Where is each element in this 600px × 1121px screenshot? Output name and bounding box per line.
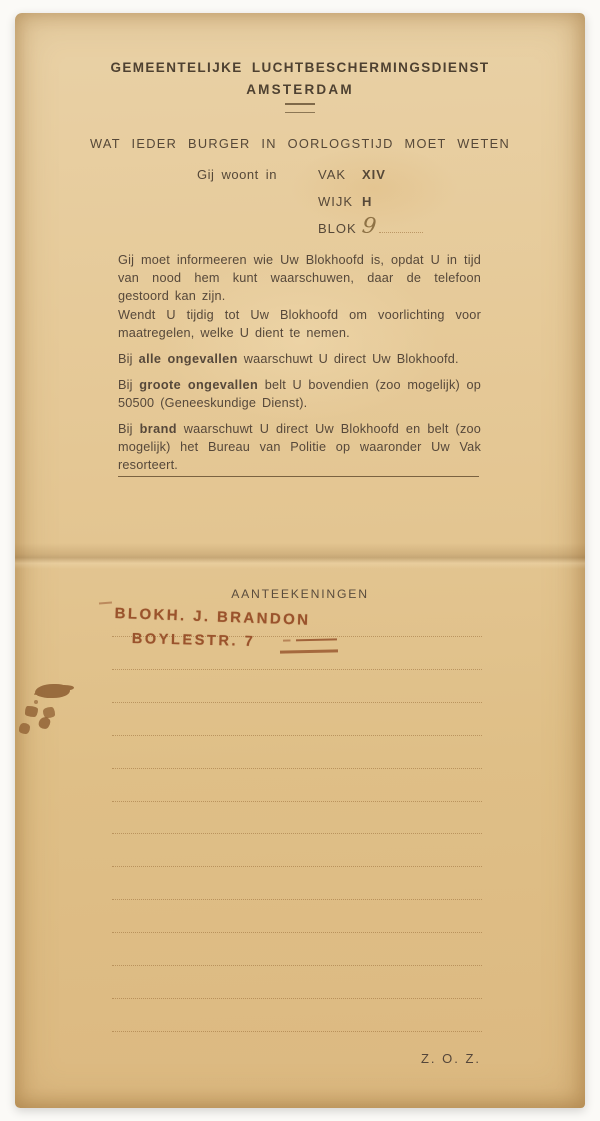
paragraph: Bij alle ongevallen waarschuwt U direct … xyxy=(118,350,481,368)
note-ruled-line xyxy=(112,1031,482,1032)
double-rule-ornament xyxy=(285,103,315,113)
paragraph-bold-text: alle ongevallen xyxy=(139,352,238,366)
paragraph-text: Bij xyxy=(118,352,139,366)
handwritten-value: 9 xyxy=(359,214,379,240)
paragraph: Gij moet informeeren wie Uw Blokhoofd is… xyxy=(118,251,481,305)
note-ruled-line xyxy=(112,965,482,966)
paper-stain xyxy=(25,706,38,717)
stamp-underline-mark-bottom xyxy=(280,649,338,653)
turn-over-note: Z. O. Z. xyxy=(421,1051,481,1066)
paragraph-text: Bij xyxy=(118,422,140,436)
note-ruled-line xyxy=(112,932,482,933)
stamp-name: BLOKH. J. BRANDON xyxy=(114,605,310,629)
paper-stain xyxy=(35,684,70,698)
paragraph-text: Wendt U tijdig tot Uw Blokhoofd om voorl… xyxy=(118,308,481,340)
residence-value-cell: 9 xyxy=(360,215,423,242)
paragraph: Wendt U tijdig tot Uw Blokhoofd om voorl… xyxy=(118,306,481,342)
paragraph-text: Gij moet informeeren wie Uw Blokhoofd is… xyxy=(118,253,481,303)
note-ruled-line xyxy=(112,833,482,834)
note-ruled-line xyxy=(112,702,482,703)
note-ruled-line xyxy=(112,768,482,769)
header-city: AMSTERDAM xyxy=(15,82,585,97)
paragraph-text: waarschuwt U direct Uw Blokhoofd. xyxy=(238,352,459,366)
residence-label: WIJK xyxy=(318,188,360,215)
paper-stain xyxy=(19,723,30,734)
residence-intro: Gij woont in xyxy=(197,161,318,188)
note-ruled-line xyxy=(112,998,482,999)
paragraph-text: Bij xyxy=(118,378,139,392)
paragraph: Bij brand waarschuwt U direct Uw Blokhoo… xyxy=(118,420,481,474)
note-ruled-line xyxy=(112,899,482,900)
paragraph-bold-text: groote ongevallen xyxy=(139,378,258,392)
blokhoofd-stamp: BLOKH. J. BRANDON BOYLESTR. 7 xyxy=(115,605,311,647)
stamp-smudge-mark xyxy=(99,602,112,605)
paragraph: Bij groote ongevallen belt U bovendien (… xyxy=(118,376,481,412)
paragraph-bold-text: brand xyxy=(140,422,177,436)
fill-in-dotted-line xyxy=(379,219,423,233)
residence-intro xyxy=(197,215,318,242)
body-paragraphs: Gij moet informeeren wie Uw Blokhoofd is… xyxy=(118,251,481,474)
notes-heading: AANTEEKENINGEN xyxy=(15,587,585,601)
paper-stain xyxy=(34,700,38,704)
document-sheet: GEMEENTELIJKE LUCHTBESCHERMINGSDIENST AM… xyxy=(15,13,585,1108)
photo-background: GEMEENTELIJKE LUCHTBESCHERMINGSDIENST AM… xyxy=(0,0,600,1121)
note-ruled-line xyxy=(112,801,482,802)
section-divider-rule xyxy=(118,476,479,477)
printed-value: H xyxy=(360,194,372,209)
note-ruled-line xyxy=(112,669,482,670)
note-ruled-line xyxy=(112,735,482,736)
note-ruled-line xyxy=(112,866,482,867)
header-organization: GEMEENTELIJKE LUCHTBESCHERMINGSDIENST xyxy=(15,60,585,75)
residence-label: BLOK xyxy=(318,215,360,242)
document-title: WAT IEDER BURGER IN OORLOGSTIJD MOET WET… xyxy=(15,136,585,151)
printed-value: XIV xyxy=(360,167,386,182)
residence-intro xyxy=(197,188,318,215)
residence-value-cell: XIV xyxy=(360,161,423,188)
fold-crease xyxy=(15,543,585,569)
residence-value-cell: H xyxy=(360,188,423,215)
residence-block: Gij woont inVAKXIVWIJKHBLOK9 xyxy=(197,161,423,242)
residence-label: VAK xyxy=(318,161,360,188)
